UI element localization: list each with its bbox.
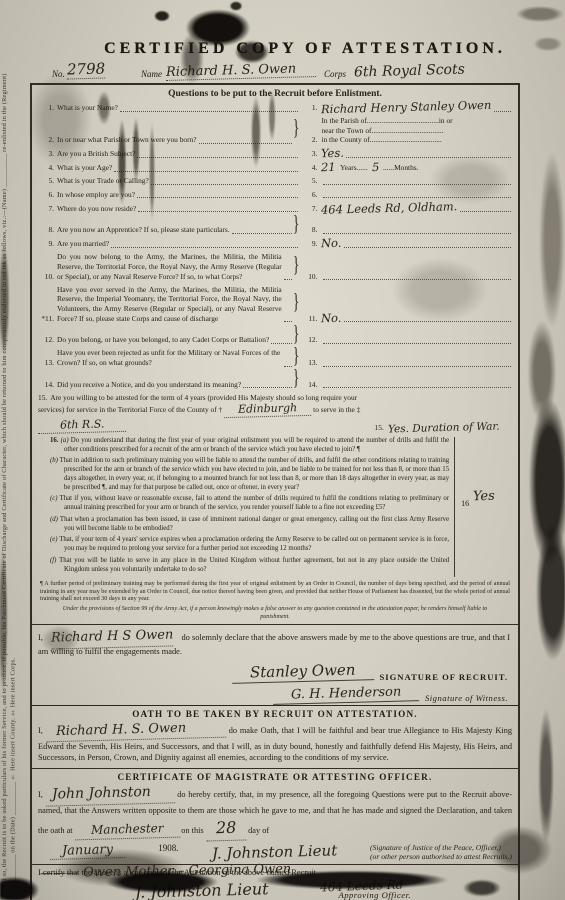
dotted-leader xyxy=(284,277,292,280)
recruit-name: Richard H. S. Owen xyxy=(166,61,316,81)
dotted-leader xyxy=(151,182,299,185)
answer-printed-text: In the Parish of........................… xyxy=(321,116,452,145)
question-row-13: 13.Have you ever been rejected as unfit … xyxy=(38,348,512,367)
question-number: 5. xyxy=(38,176,57,186)
dotted-leader xyxy=(323,385,511,388)
question-number: 4. xyxy=(38,163,57,173)
witness-signature-row: G. H. Henderson Signature of Witness. xyxy=(38,686,508,703)
dotted-leader xyxy=(137,195,298,198)
question-text: Are you married? xyxy=(57,239,109,249)
header-id-line: No. 2798 Name Richard H. S. Owen Corps 6… xyxy=(52,60,545,79)
dotted-leader xyxy=(111,245,298,248)
answer-value: 464 Leeds Rd, Oldham. xyxy=(321,201,458,216)
question-text: In or near what Parish or Town were you … xyxy=(57,135,197,145)
q16-text: Do you understand that during the first … xyxy=(64,437,449,453)
brace-glyph: } xyxy=(293,366,300,395)
answer-number: 8. xyxy=(303,225,321,235)
question-text: What is your Age? xyxy=(57,163,112,173)
question-row-1: 1.What is your Name? 1.Richard Henry Sta… xyxy=(38,102,512,113)
answer-number: 3. xyxy=(303,149,321,159)
dotted-leader xyxy=(271,341,291,344)
answer-number: 9. xyxy=(303,239,321,249)
q16-item-d: (d) That when a proclamation has been is… xyxy=(38,516,449,534)
question-row-8: 8.Are you now an Apprentice? If so, plea… xyxy=(38,217,512,235)
question-text: What is your Trade or Calling? xyxy=(57,176,149,186)
question-text: Are you now an Apprentice? If so, please… xyxy=(57,225,230,235)
answer-number: 12. xyxy=(303,335,321,345)
dotted-leader xyxy=(323,277,511,280)
certificate-heading: CERTIFICATE OF MAGISTRATE OR ATTESTING O… xyxy=(38,772,512,782)
witness-signature-label: Signature of Witness. xyxy=(425,693,508,703)
question-text: Do you belong, or have you belonged, to … xyxy=(57,335,269,345)
q16-item-f: (f) That you will be liable to serve in … xyxy=(38,557,449,575)
answer-number: 2. xyxy=(303,135,321,145)
on-this-label: on this xyxy=(181,826,203,835)
answer-number: 13. xyxy=(303,358,321,368)
question-row-2: 2.In or near what Parish or Town were yo… xyxy=(38,116,512,145)
document-title: CERTIFIED COPY OF ATTESTATION. xyxy=(90,40,520,58)
question-number: 1. xyxy=(38,103,57,113)
q16-label: (c) xyxy=(50,495,58,502)
q16-text: That in addition to such preliminary tra… xyxy=(60,457,450,491)
question-text: Did you receive a Notice, and do you und… xyxy=(57,380,241,390)
q16-answer-number: 16 xyxy=(461,499,469,508)
dotted-leader xyxy=(494,109,511,112)
questions-heading: Questions to be put to the Recruit befor… xyxy=(38,89,512,99)
witness-signature: G. H. Henderson xyxy=(273,684,420,705)
dotted-leader xyxy=(323,182,511,185)
footnote-false-answer-warning: Under the provisions of Section 99 of th… xyxy=(52,606,498,621)
question-number: 2. xyxy=(38,135,57,145)
q16-item-b: (b) That in addition to such preliminary… xyxy=(38,457,449,493)
recruit-signature-row: Stanley Owen SIGNATURE OF RECRUIT. xyxy=(38,662,508,682)
attesting-officer-name: John Johnston xyxy=(45,783,174,807)
q16-text: That, if your term of 4 years' service e… xyxy=(59,536,449,552)
q16-item-e: (e) That, if your term of 4 years' servi… xyxy=(38,536,449,554)
dotted-leader xyxy=(323,341,511,344)
q16-label: (f) xyxy=(50,557,56,564)
county-value: Edinburgh xyxy=(224,401,312,419)
question-text: Have you ever served in the Army, the Ma… xyxy=(57,285,282,324)
question-number: 12. xyxy=(38,335,57,345)
name-label: Name xyxy=(141,69,162,79)
declaration-section: I, Richard H S Owen do solemnly declare … xyxy=(38,628,512,658)
answer-number: 14. xyxy=(303,380,321,390)
service-number: 2798 xyxy=(67,60,106,80)
question-number: *11. xyxy=(38,314,57,324)
attestation-day: 28 xyxy=(205,816,246,841)
declaration-name: Richard H S Owen xyxy=(51,627,174,650)
question-row-15: 15.Are you willing to be attested for th… xyxy=(38,393,512,433)
declaration-i-label: I, xyxy=(38,633,43,642)
question-row-10: 10.Do you now belong to the Army, the Ma… xyxy=(38,252,512,281)
dotted-leader xyxy=(284,319,292,322)
answer-value: No. xyxy=(321,238,342,250)
dotted-leader xyxy=(120,109,298,112)
question-number: 3. xyxy=(38,149,57,159)
q16-item-c: (c) That if you, without leave or reason… xyxy=(38,495,449,513)
q16-item-a: 16. (a) Do you understand that during th… xyxy=(38,437,449,455)
attestation-year: 1908. xyxy=(158,843,178,853)
question-number: 10. xyxy=(38,272,57,282)
dotted-leader xyxy=(199,141,292,144)
oath-i-label: I, xyxy=(38,726,43,735)
attestation-document: * If so, the Recruit is to be asked part… xyxy=(0,0,565,900)
question-row-4: 4.What is your Age? 4.21Years......5....… xyxy=(38,162,512,173)
dotted-leader xyxy=(344,245,511,248)
answer-number: 10. xyxy=(303,272,321,282)
dotted-leader xyxy=(344,319,511,322)
attestation-place: Manchester xyxy=(74,819,179,840)
q16-text: That you will be liable to serve in any … xyxy=(59,557,449,573)
question-row-7: 7.Where do you now reside? 7.464 Leeds R… xyxy=(38,203,512,214)
question-number: 15. xyxy=(38,393,50,402)
corps-label: Corps xyxy=(324,69,346,79)
oath-heading: OATH TO BE TAKEN BY RECRUIT ON ATTESTATI… xyxy=(38,709,512,719)
oath-body: I, Richard H. S. Owen do make Oath, that… xyxy=(38,721,512,764)
section-divider xyxy=(32,768,518,769)
footnote-annual-training: ¶ A further period of preliminary traini… xyxy=(40,581,510,604)
section-divider xyxy=(32,705,518,706)
q16-answer-value: Yes xyxy=(473,488,495,504)
oath-name: Richard H. S. Owen xyxy=(45,719,226,743)
question-row-12: 12.Do you belong, or have you belonged, … xyxy=(38,327,512,345)
dotted-leader xyxy=(284,364,292,367)
answer-number: 7. xyxy=(303,204,321,214)
q16-text: That if you, without leave or reasonable… xyxy=(60,495,450,511)
question-text: Have you ever been rejected as unfit for… xyxy=(57,348,282,367)
question-text: In whose employ are you? xyxy=(57,190,135,200)
question-text: Where do you now reside? xyxy=(57,204,136,214)
dotted-leader xyxy=(138,209,298,212)
question-text: What is your Name? xyxy=(57,103,118,113)
question-number: 6. xyxy=(38,190,57,200)
dotted-leader xyxy=(137,155,298,158)
justice-signature: J. Johnston Lieut xyxy=(211,841,337,862)
question-number: 9. xyxy=(38,239,57,249)
dotted-leader xyxy=(323,364,511,367)
answer-value: Richard Henry Stanley Owen xyxy=(321,100,492,116)
section-divider xyxy=(32,624,518,625)
dotted-leader xyxy=(323,231,511,234)
question-16-block: 16. (a) Do you understand that during th… xyxy=(38,437,512,578)
bottom-handwritten-note: ——— Owen Mother – Georgina Owen 464 Leed… xyxy=(40,862,520,891)
recruit-signature: Stanley Owen xyxy=(232,660,374,684)
dotted-leader xyxy=(232,231,292,234)
certificate-i-label: I, xyxy=(38,790,43,799)
question-text: Do you now belong to the Army, the Marin… xyxy=(57,252,282,281)
question-row-14: 14.Did you receive a Notice, and do you … xyxy=(38,371,512,389)
certificate-body: I, John Johnston do hereby certify, that… xyxy=(38,784,512,840)
attestation-month: January xyxy=(50,842,125,860)
answer-number: 4. xyxy=(303,163,321,173)
question-text: Are you a British Subject? xyxy=(57,149,135,159)
q16-label: (a) xyxy=(61,437,69,444)
day-of-label: day of xyxy=(248,826,269,835)
answer-number: 15. xyxy=(370,423,388,433)
answer-number: 11. xyxy=(303,314,321,324)
q16-label: (d) xyxy=(50,516,58,523)
answer-number: 5. xyxy=(303,176,321,186)
recruit-signature-label: SIGNATURE OF RECRUIT. xyxy=(379,672,508,682)
justice-signature-caption-1: (Signature of Justice of the Peace, Offi… xyxy=(370,843,501,852)
answer-number: 1. xyxy=(303,103,321,113)
form-box: Questions to be put to the Recruit befor… xyxy=(30,83,520,900)
brace-glyph: } xyxy=(293,289,300,318)
q16-number: 16. xyxy=(50,437,59,444)
dotted-leader xyxy=(114,169,298,172)
question-text-continued: to serve in the ‡ xyxy=(313,405,360,414)
corps-name: 6th Royal Scots xyxy=(354,62,465,81)
question-row-5: 5.What is your Trade or Calling? 5. xyxy=(38,176,512,186)
question-row-11: *11.Have you ever served in the Army, th… xyxy=(38,285,512,324)
q16-label: (b) xyxy=(50,457,58,464)
question-number: 8. xyxy=(38,225,57,235)
answer-value: Yes. Duration of War. xyxy=(388,421,500,436)
q16-label: (e) xyxy=(50,536,58,543)
age-years-value: 21 xyxy=(321,162,336,174)
dotted-leader xyxy=(323,195,511,198)
answer-value: No. xyxy=(321,312,342,324)
question-number: 14. xyxy=(38,380,57,390)
question-row-3: 3.Are you a British Subject? 3.Yes. xyxy=(38,148,512,159)
dotted-leader xyxy=(346,155,511,158)
age-months-value: 5 xyxy=(372,162,380,174)
question-number: 13. xyxy=(38,358,57,368)
brace-glyph: } xyxy=(293,211,300,240)
q16-text: That when a proclamation has been issued… xyxy=(60,516,449,532)
dotted-leader xyxy=(460,209,511,212)
answer-value: Yes. xyxy=(321,148,344,160)
question-row-9: 9.Are you married? 9.No. xyxy=(38,238,512,249)
unit-value: 6th R.S. xyxy=(38,417,127,435)
years-label: Years...... xyxy=(340,163,368,173)
question-row-6: 6.In whose employ are you? 6. xyxy=(38,190,512,200)
months-label: ......Months. xyxy=(383,163,419,173)
answer-number: 6. xyxy=(303,190,321,200)
no-label: No. xyxy=(52,69,65,79)
question-number: 7. xyxy=(38,204,57,214)
dotted-leader xyxy=(243,385,292,388)
brace-glyph: } xyxy=(293,116,300,145)
brace-glyph: } xyxy=(293,252,300,281)
